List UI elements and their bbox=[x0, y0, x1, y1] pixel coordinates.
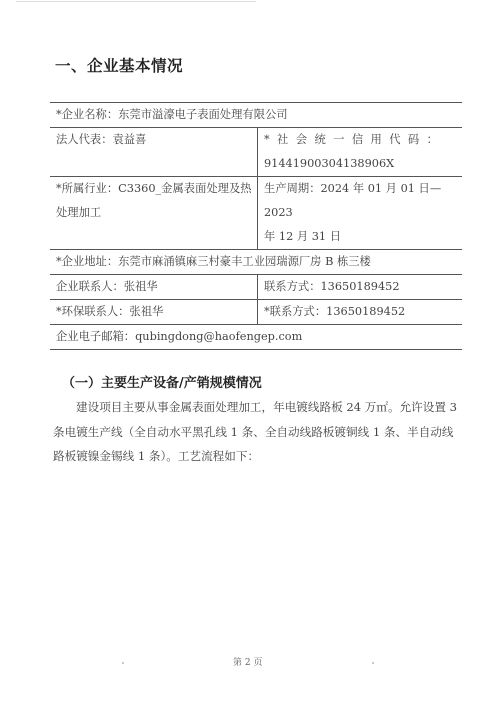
table-row: 法人代表：袁益喜 *社会统一信用代码： 91441900304138906X bbox=[50, 128, 462, 177]
page-number: 第 2 页 bbox=[233, 655, 262, 668]
section-title: 一、企业基本情况 bbox=[55, 54, 183, 76]
industry-cell: *所属行业：C3360_金属表面处理及热 处理加工 bbox=[50, 177, 258, 250]
industry-line-1: *所属行业：C3360_金属表面处理及热 bbox=[56, 177, 257, 201]
industry-line-2: 处理加工 bbox=[56, 201, 257, 225]
scan-artifact-line bbox=[16, 1, 256, 2]
table-row: 企业电子邮箱：qubingdong@haofengep.com bbox=[50, 325, 462, 350]
production-period-line-2: 年 12 月 31 日 bbox=[264, 225, 462, 249]
production-period-cell: 生产周期：2024 年 01 月 01 日—2023 年 12 月 31 日 bbox=[258, 177, 463, 250]
scan-speck bbox=[122, 662, 124, 664]
table-row: *环保联系人：张祖华 *联系方式：13650189452 bbox=[50, 300, 462, 325]
env-contact-person-cell: *环保联系人：张祖华 bbox=[50, 300, 258, 325]
company-name-cell: *企业名称：东莞市溢濠电子表面处理有限公司 bbox=[50, 103, 462, 128]
contact-phone-cell: 联系方式：13650189452 bbox=[258, 275, 463, 300]
scan-speck bbox=[372, 662, 374, 664]
legal-rep-cell: 法人代表：袁益喜 bbox=[50, 128, 258, 177]
production-period-line-1: 生产周期：2024 年 01 月 01 日—2023 bbox=[264, 177, 462, 225]
body-paragraph: 建设项目主要从事金属表面处理加工，年电镀线路板 24 万㎡。允许设置 3 条电镀… bbox=[53, 395, 465, 469]
paragraph-text: 建设项目主要从事金属表面处理加工，年电镀线路板 24 万㎡。允许设置 3 条电镀… bbox=[53, 395, 465, 469]
enterprise-info-table: *企业名称：东莞市溢濠电子表面处理有限公司 法人代表：袁益喜 *社会统一信用代码… bbox=[50, 102, 462, 350]
credit-code-value: 91441900304138906X bbox=[264, 152, 462, 176]
env-contact-phone-cell: *联系方式：13650189452 bbox=[258, 300, 463, 325]
contact-person-cell: 企业联系人：张祖华 bbox=[50, 275, 258, 300]
email-cell: 企业电子邮箱：qubingdong@haofengep.com bbox=[50, 325, 462, 350]
table-row: *企业地址：东莞市麻涌镇麻三村豪丰工业园瑞源厂房 B 栋三楼 bbox=[50, 250, 462, 275]
credit-code-label: *社会统一信用代码： bbox=[264, 128, 462, 152]
table-row: 企业联系人：张祖华 联系方式：13650189452 bbox=[50, 275, 462, 300]
table-row: *企业名称：东莞市溢濠电子表面处理有限公司 bbox=[50, 103, 462, 128]
address-cell: *企业地址：东莞市麻涌镇麻三村豪丰工业园瑞源厂房 B 栋三楼 bbox=[50, 250, 462, 275]
subsection-title: （一）主要生产设备/产销规模情况 bbox=[62, 372, 262, 391]
credit-code-cell: *社会统一信用代码： 91441900304138906X bbox=[258, 128, 463, 177]
table-row: *所属行业：C3360_金属表面处理及热 处理加工 生产周期：2024 年 01… bbox=[50, 177, 462, 250]
